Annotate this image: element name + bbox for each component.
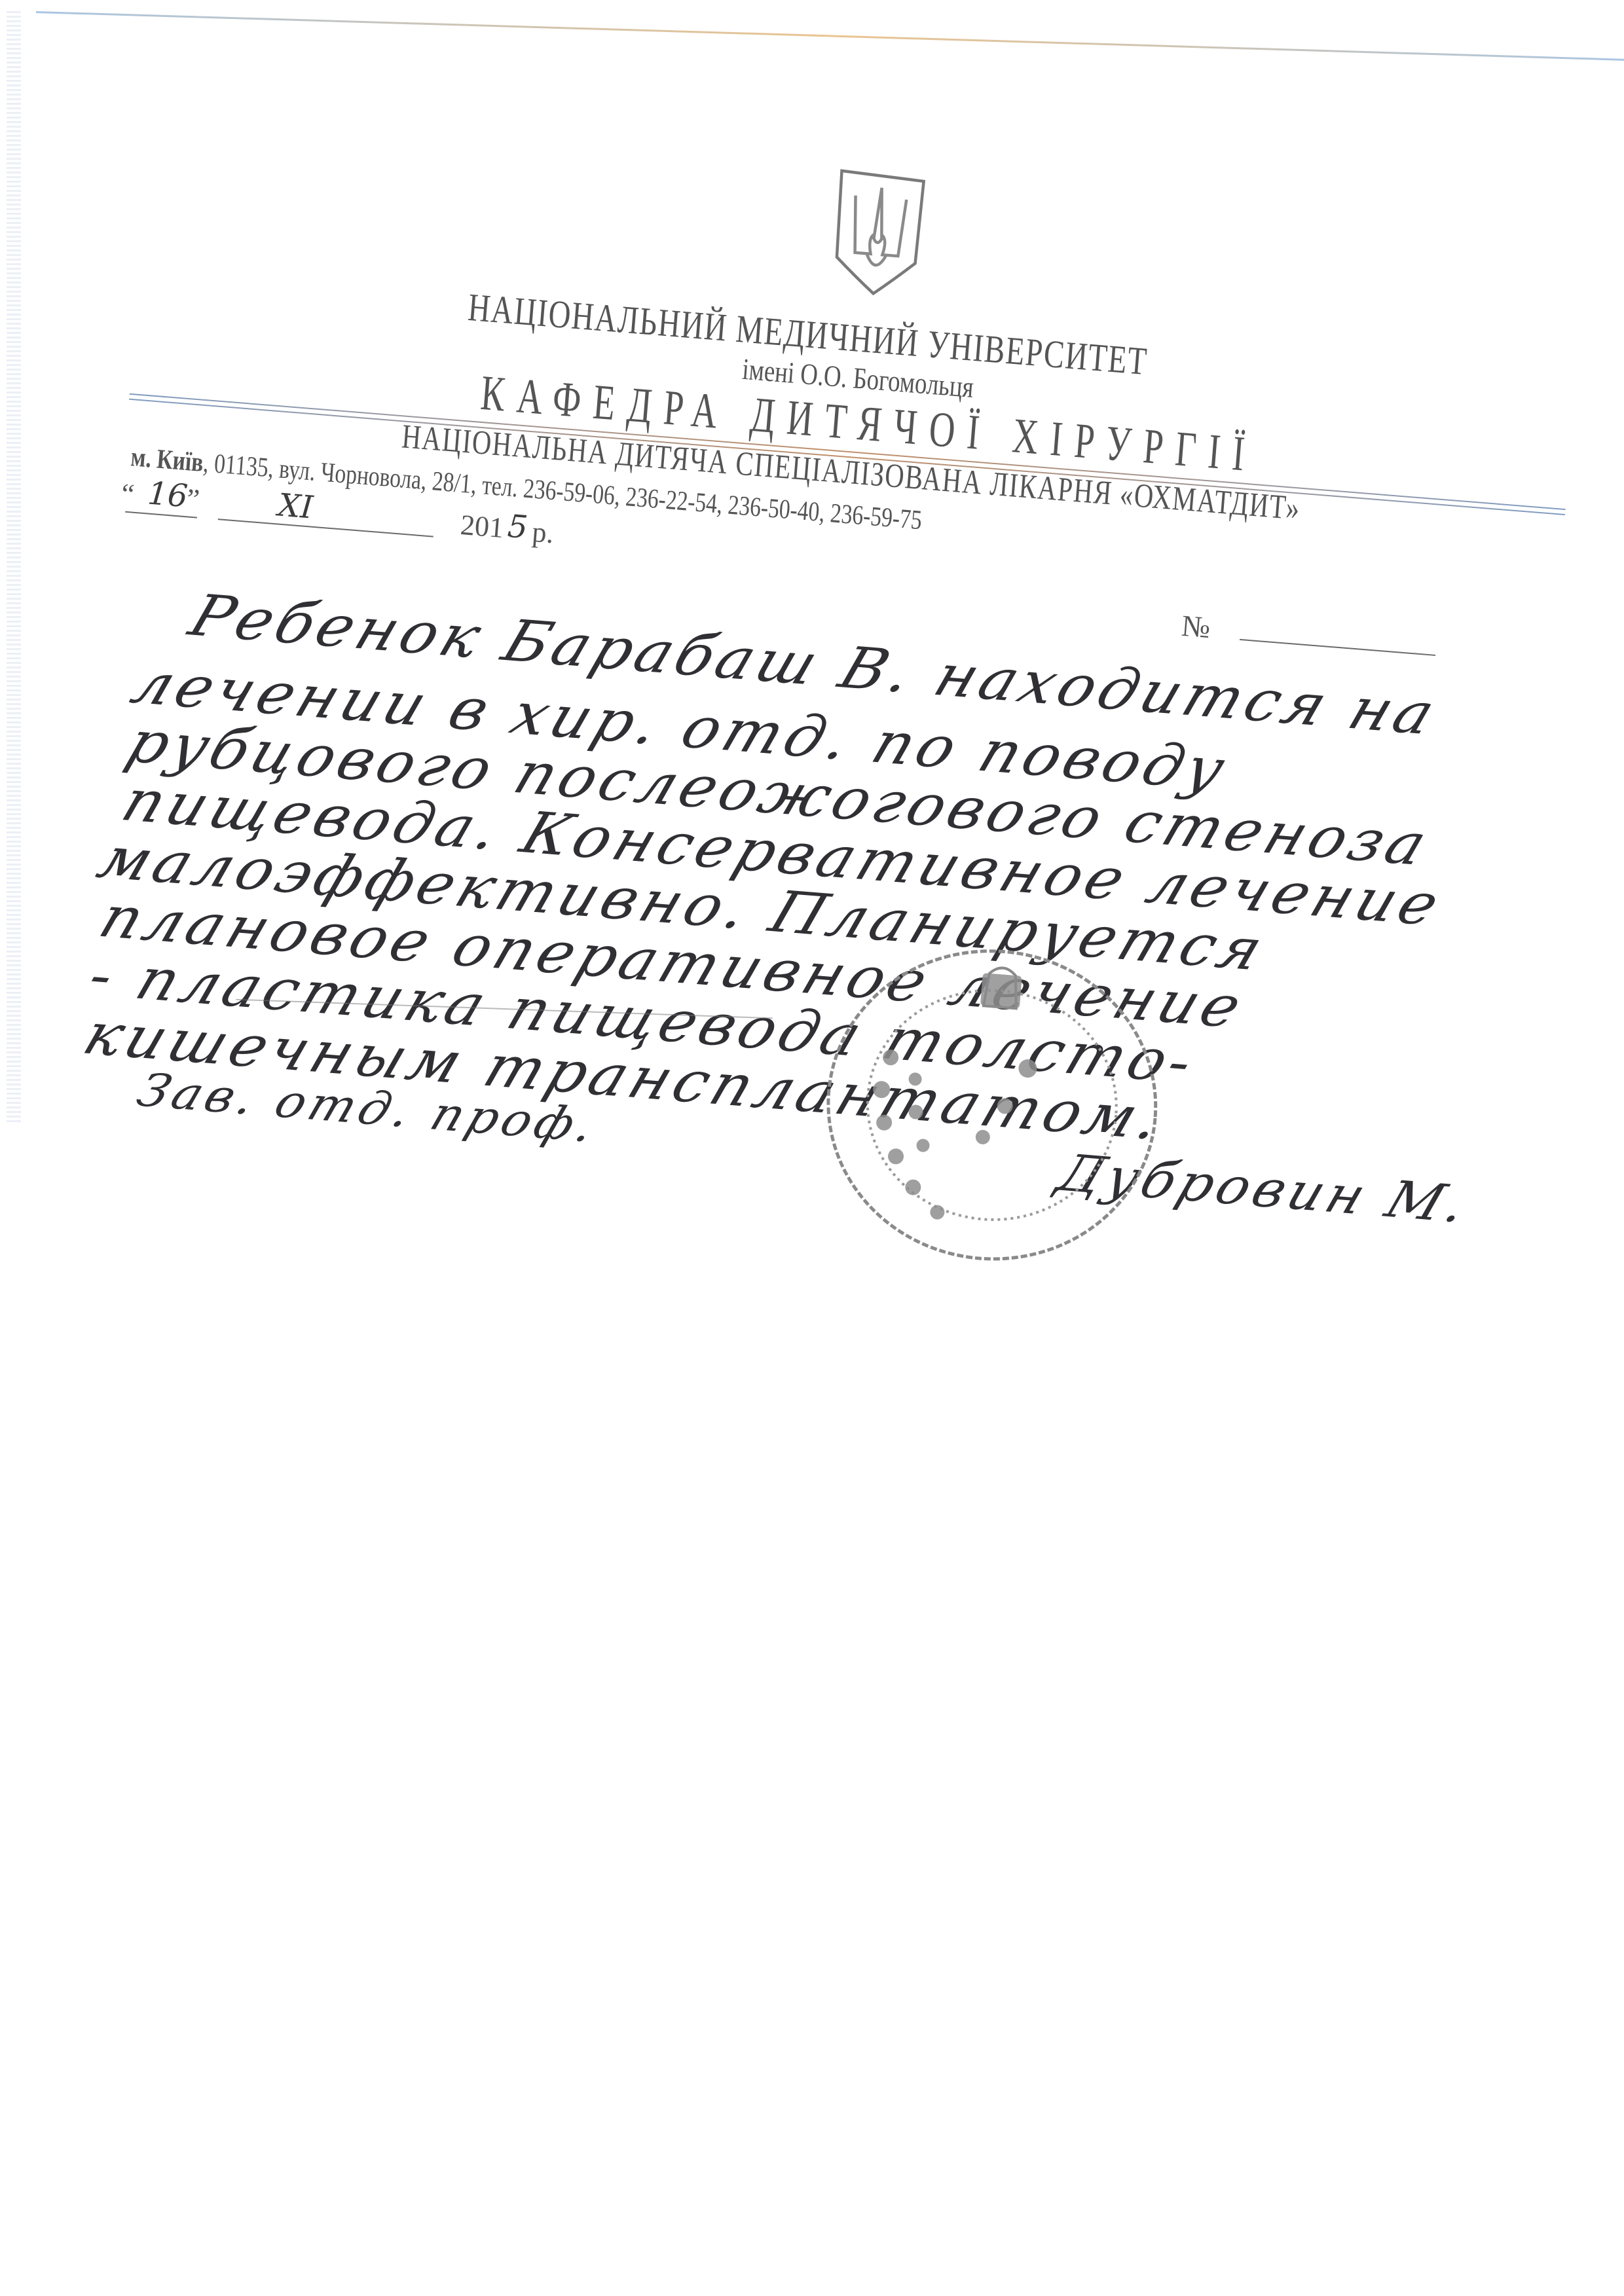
scan-edge-left xyxy=(7,11,21,1124)
date-close-quote: ” xyxy=(185,482,201,516)
trident-coat-of-arms-icon xyxy=(824,166,932,301)
date-year-unit: р. xyxy=(531,515,555,550)
address-city: м. Київ xyxy=(130,442,204,478)
date-month: XI xyxy=(277,487,314,526)
date-open-quote: “ xyxy=(120,477,136,511)
scan-edge-top xyxy=(36,11,1624,61)
date-year-prefix: 201 xyxy=(459,508,505,545)
letterhead-sheet: НАЦІОНАЛЬНИЙ МЕДИЧНИЙ УНІВЕРСИТЕТ імені … xyxy=(67,131,1619,1293)
date-year-suffix: 5 xyxy=(506,508,529,546)
document-number-field xyxy=(1240,639,1435,656)
round-seal-stamp-icon xyxy=(796,920,1189,1289)
document-number-label: № xyxy=(1180,608,1211,645)
date-day: 16 xyxy=(146,475,189,515)
date-month-underline xyxy=(218,519,434,537)
